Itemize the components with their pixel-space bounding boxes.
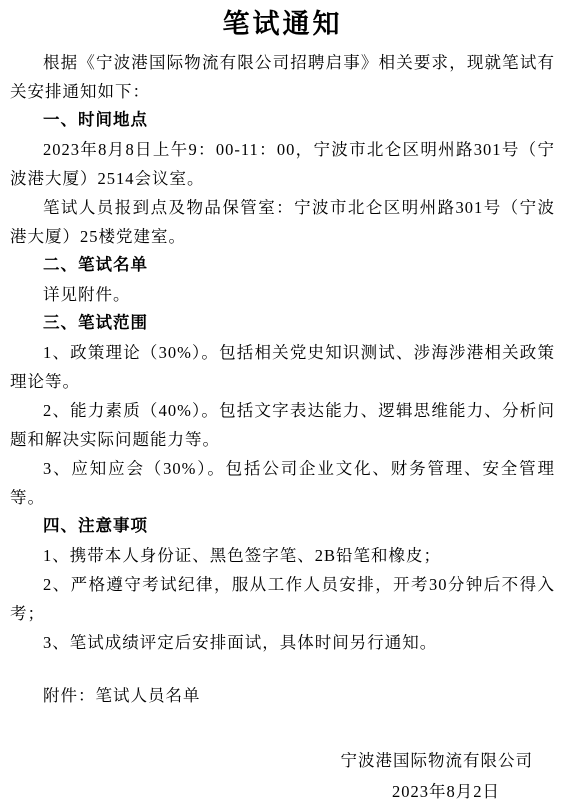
time-location-paragraph: 2023年8月8日上午9：00-11：00，宁波市北仑区明州路301号（宁波港大… <box>10 135 555 193</box>
notice-item-3: 3、笔试成绩评定后安排面试，具体时间另行通知。 <box>10 628 555 657</box>
signature-date: 2023年8月2日 <box>10 776 555 804</box>
intro-paragraph: 根据《宁波港国际物流有限公司招聘启事》相关要求，现就笔试有关安排通知如下： <box>10 48 555 106</box>
section-1-heading: 一、时间地点 <box>10 106 555 135</box>
notice-item-2: 2、严格遵守考试纪律，服从工作人员安排，开考30分钟后不得入考； <box>10 570 555 628</box>
notice-item-1: 1、携带本人身份证、黑色签字笔、2B铅笔和橡皮； <box>10 541 555 570</box>
exam-scope-item-1: 1、政策理论（30%）。包括相关党史知识测试、涉海涉港相关政策理论等。 <box>10 338 555 396</box>
attachment-note: 附件：笔试人员名单 <box>10 681 555 710</box>
written-test-notice-document: 笔试通知 根据《宁波港国际物流有限公司招聘启事》相关要求，现就笔试有关安排通知如… <box>0 0 569 804</box>
exam-scope-item-3: 3、应知应会（30%）。包括公司企业文化、财务管理、安全管理等。 <box>10 454 555 512</box>
section-2-content: 详见附件。 <box>10 280 555 309</box>
checkin-location-paragraph: 笔试人员报到点及物品保管室：宁波市北仑区明州路301号（宁波港大厦）25楼党建室… <box>10 193 555 251</box>
section-3-heading: 三、笔试范围 <box>10 309 555 338</box>
signature-block: 宁波港国际物流有限公司 2023年8月2日 <box>10 746 555 804</box>
document-title: 笔试通知 <box>10 6 555 42</box>
section-4-heading: 四、注意事项 <box>10 512 555 541</box>
company-signature: 宁波港国际物流有限公司 <box>10 746 555 776</box>
exam-scope-item-2: 2、能力素质（40%）。包括文字表达能力、逻辑思维能力、分析问题和解决实际问题能… <box>10 396 555 454</box>
section-2-heading: 二、笔试名单 <box>10 251 555 280</box>
